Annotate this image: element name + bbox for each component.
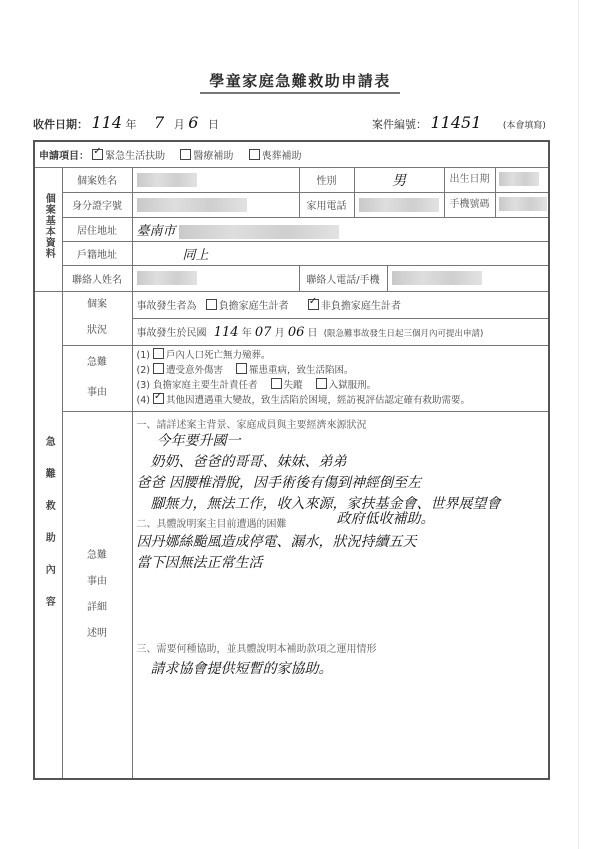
registered-field[interactable]: 同上 <box>132 241 549 265</box>
vertical-label: 急難救助內容 <box>40 436 56 628</box>
name-label: 個案姓名 <box>62 167 132 192</box>
checkbox-icon[interactable] <box>271 378 282 389</box>
option-label: 非負擔家庭生計者 <box>321 301 401 312</box>
answer-2[interactable]: 因丹娜絲颱風造成停電、漏水，狀況持續五天 當下因無法正常生活 <box>137 532 545 574</box>
reason-3: (3) 負擔家庭主要生計責任者 失蹤 入獄服刑。 <box>137 378 545 393</box>
option-label: 其他因遭遇重大變故，致生活陷於困境，經訪視評估認定確有救助需要。 <box>166 395 470 406</box>
answer-line: 爸爸 因腰椎滑脫，因手術後有傷到神經倒至左 <box>137 473 545 494</box>
option-label: 罹患重病，致生活陷困。 <box>249 365 354 376</box>
question-3: 三、需要何種協助，並具體說明本補助款項之運用情形 <box>137 640 545 655</box>
case-number-label: 案件編號： <box>372 118 427 131</box>
title-underline <box>200 92 400 94</box>
residence-label: 居住地址 <box>62 217 132 241</box>
residence-field[interactable]: 臺南市 <box>132 217 549 241</box>
option-label: 醫療補助 <box>193 151 233 162</box>
detail-label-3: 詳細 <box>67 595 128 621</box>
reason-option[interactable]: 遭受意外傷害 <box>153 365 223 376</box>
option-emergency-living[interactable]: 緊急生活扶助 <box>92 151 165 162</box>
reason-num: (3) <box>137 380 150 391</box>
reason-1: (1) 戶內人口死亡無力殮葬。 <box>137 348 545 363</box>
checkbox-icon[interactable] <box>153 348 164 359</box>
year-unit: 年 <box>126 118 137 131</box>
redacted-mobile <box>499 197 547 211</box>
question-2: 二、具體說明案主目前遭遇的困難 <box>137 519 287 530</box>
vertical-label: 個案基本資料 <box>40 193 56 259</box>
reason-option[interactable]: 入獄服刑。 <box>316 380 377 391</box>
reason-label: 急難 事由 <box>62 345 132 411</box>
incident-month[interactable]: 07 <box>255 325 272 340</box>
name-field[interactable] <box>132 167 299 192</box>
detail-label-4: 述明 <box>67 621 128 647</box>
reason-4: (4) 其他因遭遇重大變故，致生活陷於困境，經訪視評估認定確有救助需要。 <box>137 393 545 408</box>
application-form-table: 申請項目： 緊急生活扶助 醫療補助 喪葬補助 個案基本資料 個案姓名 性別 男 … <box>33 140 550 780</box>
answer-line: 今年要升國一 <box>137 431 545 452</box>
question-1: 一、請詳述案主背景、家庭成員與主要經濟來源狀況 <box>137 416 545 431</box>
reason-option[interactable]: 其他因遭遇重大變故，致生活陷於困境，經訪視評估認定確有救助需要。 <box>153 395 470 406</box>
registered-label: 戶籍地址 <box>62 241 132 265</box>
answer-line: 當下因無法正常生活 <box>137 553 545 574</box>
dob-cell[interactable]: 出生日期 <box>444 167 549 192</box>
date-prefix: 事故發生於民國 <box>137 328 207 339</box>
registered-value: 同上 <box>183 248 209 263</box>
victim-option-breadwinner[interactable]: 負擔家庭生計者 <box>206 301 289 312</box>
reason-num: (2) <box>137 365 150 376</box>
received-month[interactable]: 7 <box>154 113 164 132</box>
checkbox-checked-icon[interactable] <box>153 393 164 404</box>
home-phone-label: 家用電話 <box>299 192 354 217</box>
answer-line: 奶奶、爸爸的哥哥、妹妹、弟弟 <box>137 452 545 473</box>
reason-option[interactable]: 戶內人口死亡無力殮葬。 <box>153 350 271 361</box>
received-year[interactable]: 114 <box>92 113 123 132</box>
option-label: 遭受意外傷害 <box>166 365 223 376</box>
reasons-list: (1) 戶內人口死亡無力殮葬。 (2) 遭受意外傷害 罹患重病，致生活陷困。 (… <box>132 345 549 411</box>
reason-label-1: 急難 <box>67 348 128 378</box>
unit: 日 <box>308 328 318 339</box>
month-unit: 月 <box>174 118 185 131</box>
redacted-name <box>137 173 197 187</box>
question-2-row: 二、具體說明案主目前遭遇的困難 政府低收補助。 <box>137 515 545 530</box>
option-label: 負擔家庭生計者 <box>219 301 289 312</box>
redacted-contact-name <box>137 271 197 285</box>
home-phone-field[interactable] <box>354 192 444 217</box>
received-day[interactable]: 6 <box>188 113 198 132</box>
victim-prefix: 事故發生者為 <box>137 301 197 312</box>
victim-row: 事故發生者為 負擔家庭生計者 非負擔家庭生計者 <box>132 291 549 318</box>
reason-num: (1) <box>137 350 150 361</box>
option-label: 失蹤 <box>284 380 303 391</box>
contact-name-label: 聯絡人姓名 <box>62 265 132 291</box>
reason-2: (2) 遭受意外傷害 罹患重病，致生活陷困。 <box>137 363 545 378</box>
basic-info-section-label: 個案基本資料 <box>34 167 62 291</box>
redacted-contact-phone <box>392 271 482 285</box>
redacted-id <box>137 198 247 212</box>
id-label: 身分證字號 <box>62 192 132 217</box>
spacer <box>137 574 545 640</box>
redacted-dob <box>499 172 539 186</box>
day-unit: 日 <box>208 118 219 131</box>
gender-field[interactable]: 男 <box>354 167 444 192</box>
checkbox-icon[interactable] <box>206 299 217 310</box>
gender-value: 男 <box>392 173 406 189</box>
checkbox-icon[interactable] <box>180 149 191 160</box>
option-funeral[interactable]: 喪葬補助 <box>249 151 302 162</box>
checkbox-icon[interactable] <box>153 363 164 374</box>
contact-phone-field[interactable] <box>387 265 549 291</box>
status-label-1: 個案 <box>67 292 128 318</box>
incident-day[interactable]: 06 <box>288 325 305 340</box>
reason-option[interactable]: 罹患重病，致生活陷困。 <box>236 365 354 376</box>
incident-year[interactable]: 114 <box>214 325 239 340</box>
option-label: 喪葬補助 <box>262 151 302 162</box>
answer-1[interactable]: 今年要升國一 奶奶、爸爸的哥哥、妹妹、弟弟 爸爸 因腰椎滑脫，因手術後有傷到神經… <box>137 431 545 515</box>
detail-label-2: 事由 <box>67 569 128 595</box>
contact-phone-label: 聯絡人電話/手機 <box>299 265 387 291</box>
answer-line: 因丹娜絲颱風造成停電、漏水，狀況持續五天 <box>137 532 545 553</box>
page-edge <box>578 0 579 849</box>
mobile-cell[interactable]: 手機號碼 <box>444 192 549 217</box>
answer-line: 政府低收補助。 <box>337 509 435 530</box>
case-number: 案件編號： 11451 (本會填寫) <box>372 113 546 132</box>
option-label: 入獄服刑。 <box>329 380 377 391</box>
detail-label-1: 急難 <box>67 543 128 569</box>
answer-3[interactable]: 請求協會提供短暫的家協助。 <box>137 659 545 680</box>
option-label: 緊急生活扶助 <box>105 151 165 162</box>
reason-option[interactable]: 失蹤 <box>271 380 303 391</box>
unit: 月 <box>275 328 285 339</box>
status-label-2: 狀況 <box>67 318 128 344</box>
application-items-label: 申請項目： <box>39 151 89 162</box>
detail-content[interactable]: 一、請詳述案主背景、家庭成員與主要經濟來源狀況 今年要升國一 奶奶、爸爸的哥哥、… <box>132 411 549 779</box>
redacted-home-phone <box>359 198 439 212</box>
unit: 年 <box>242 328 252 339</box>
case-number-note: (本會填寫) <box>503 121 546 131</box>
checkbox-checked-icon[interactable] <box>308 299 319 310</box>
contact-name-field[interactable] <box>132 265 299 291</box>
gender-label: 性別 <box>299 167 354 192</box>
case-number-value[interactable]: 11451 <box>431 113 482 132</box>
reason-label-2: 事由 <box>67 378 128 408</box>
reason-prefix: 負擔家庭主要生計責任者 <box>153 380 258 391</box>
reason-num: (4) <box>137 395 150 406</box>
residence-value: 臺南市 <box>137 224 176 239</box>
date-note: (限急難事故發生日起三個月內可提出申請) <box>324 329 484 339</box>
redacted-address <box>179 225 339 239</box>
case-status-label: 個案 狀況 <box>62 291 132 345</box>
option-label: 戶內人口死亡無力殮葬。 <box>166 350 271 361</box>
id-field[interactable] <box>132 192 299 217</box>
form-title: 學童家庭急難救助申請表 <box>0 70 600 91</box>
received-date: 收件日期： 114 年 7 月 6 日 <box>33 113 219 132</box>
mobile-label: 手機號碼 <box>445 193 496 217</box>
option-medical[interactable]: 醫療補助 <box>180 151 233 162</box>
received-date-label: 收件日期： <box>33 118 88 131</box>
checkbox-icon[interactable] <box>249 149 260 160</box>
emergency-section-label: 急難救助內容 <box>34 291 62 779</box>
checkbox-icon[interactable] <box>316 378 327 389</box>
dob-label: 出生日期 <box>445 168 496 192</box>
detail-label: 急難 事由 詳細 述明 <box>62 411 132 779</box>
answer-line: 請求協會提供短暫的家協助。 <box>151 659 545 680</box>
victim-option-non-breadwinner[interactable]: 非負擔家庭生計者 <box>308 301 401 312</box>
checkbox-checked-icon[interactable] <box>92 149 103 160</box>
application-items-row: 申請項目： 緊急生活扶助 醫療補助 喪葬補助 <box>34 141 549 167</box>
incident-date-row: 事故發生於民國 114 年 07 月 06 日 (限急難事故發生日起三個月內可提… <box>132 318 549 345</box>
checkbox-icon[interactable] <box>236 363 247 374</box>
